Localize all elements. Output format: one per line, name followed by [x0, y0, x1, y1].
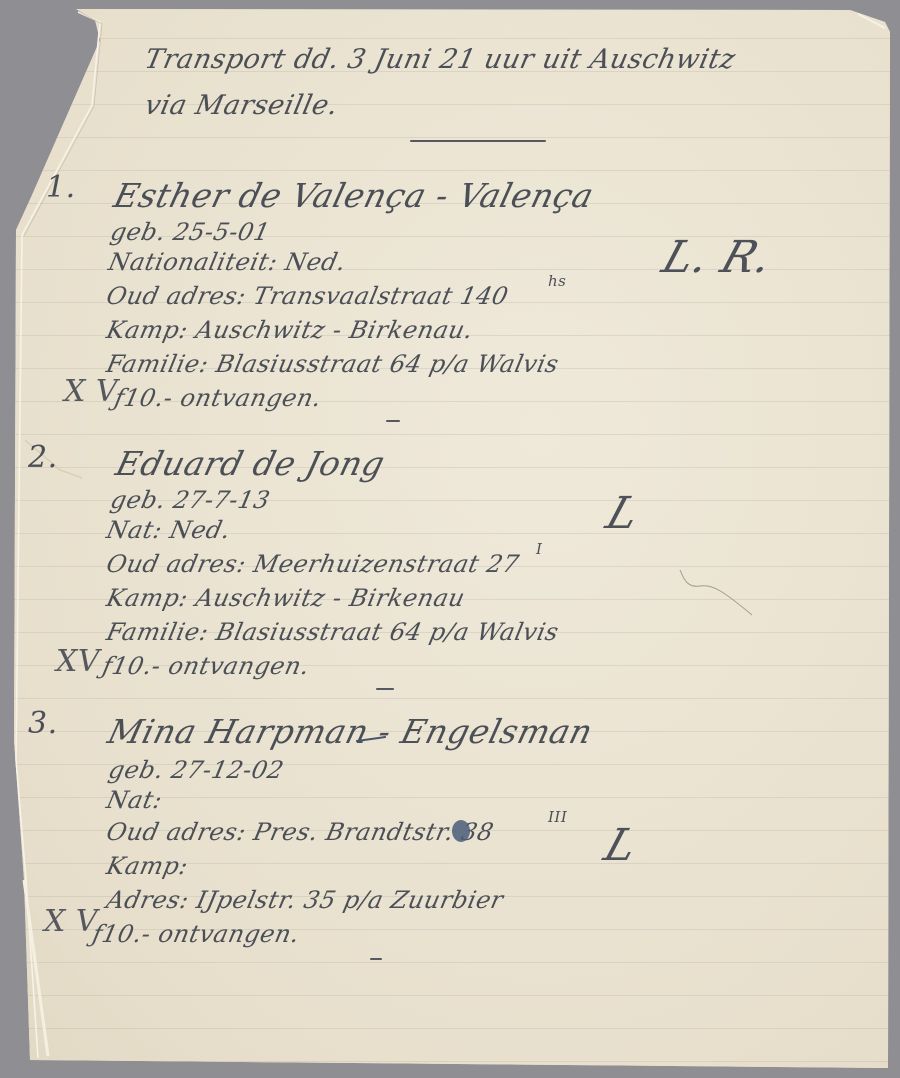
entry-2-number: 2.	[28, 440, 58, 475]
entry-2-name: Eduard de Jong	[112, 444, 389, 483]
entry-1-separator	[386, 420, 400, 422]
entry-2-address-suffix: I	[536, 540, 542, 558]
entry-2-payment: ƒ10.- ontvangen.	[100, 652, 312, 680]
entry-3-payment: ƒ10.- ontvangen.	[90, 920, 302, 948]
header-line-1: Transport dd. 3 Juni 21 uur uit Auschwit…	[142, 44, 738, 75]
entry-1-name: Esther de Valença - Valença	[110, 176, 598, 215]
entry-3-camp: Kamp:	[104, 852, 191, 880]
entry-3-nationality: Nat:	[104, 786, 165, 814]
entry-1-check-marks: X V	[64, 374, 118, 409]
entry-1-nationality: Nationaliteit: Ned.	[106, 248, 349, 276]
entry-2-born: geb. 27-7-13	[108, 486, 273, 514]
entry-1-address-suffix: hs	[548, 272, 566, 290]
entry-3-family: Adres: IJpelstr. 35 p/a Zuurbier	[104, 886, 506, 914]
entry-2-old-address: Oud adres: Meerhuizenstraat 27	[104, 550, 522, 578]
page-background: Transport dd. 3 Juni 21 uur uit Auschwit…	[0, 0, 900, 1078]
entry-2-camp: Kamp: Auschwitz - Birkenau	[104, 584, 468, 612]
entry-1-camp: Kamp: Auschwitz - Birkenau.	[104, 316, 476, 344]
entry-1-initials: L. R.	[656, 232, 779, 283]
entry-1-payment: ƒ10.- ontvangen.	[112, 384, 324, 412]
entry-3-name: Mina Harpman - Engelsman	[104, 712, 597, 751]
entry-3-born: geb. 27-12-02	[106, 756, 286, 784]
entry-3-address-suffix: III	[548, 808, 567, 826]
entry-2-family: Familie: Blasiusstraat 64 p/a Walvis	[104, 618, 561, 646]
entry-1-born: geb. 25-5-01	[108, 218, 273, 246]
entry-1-family: Familie: Blasiusstraat 64 p/a Walvis	[104, 350, 561, 378]
entry-2-separator	[376, 688, 394, 690]
header-line-2: via Marseille.	[142, 90, 341, 121]
entry-3-separator	[370, 958, 382, 960]
entry-2-check-marks: XV	[56, 644, 100, 679]
entry-2-nationality: Nat: Ned.	[104, 516, 233, 544]
entry-1-number: 1.	[46, 170, 76, 205]
entry-3-old-address: Oud adres: Pres. Brandtstr. 38	[104, 818, 496, 846]
entry-3-number: 3.	[28, 706, 58, 741]
entry-3-check-marks: X V	[44, 904, 98, 939]
entry-1-old-address: Oud adres: Transvaalstraat 140	[104, 282, 511, 310]
header-separator	[410, 140, 546, 142]
entry-3-address-correction-blot	[452, 820, 470, 842]
